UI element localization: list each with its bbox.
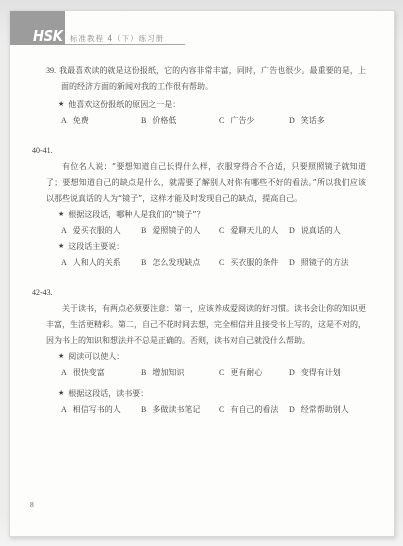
option-b: B价格低 (141, 113, 219, 129)
option-label: 照镜子的方法 (301, 258, 349, 267)
option-letter: B (141, 368, 146, 377)
question-42-43-passage: 关于读书，有两点必须要注意：第一，应该养成爱阅读的好习惯。读书会让你的知识更丰富… (46, 301, 366, 349)
option-letter: A (61, 405, 67, 414)
option-b: B多做读书笔记 (141, 402, 219, 418)
header-divider (48, 44, 185, 45)
question-number: 39. (46, 66, 56, 75)
question-41-prompt: ★这段话主要说： (58, 239, 366, 255)
prompt-text: 根据这段话，读书要： (68, 389, 148, 398)
book-title: 标准教程 4（下）练习册 (70, 33, 164, 44)
question-43-options: A相信写书的人 B多做读书笔记 C有自己的看法 D经常帮助别人 (61, 402, 366, 418)
option-label: 相信写书的人 (73, 405, 121, 414)
star-icon: ★ (58, 210, 64, 218)
option-label: 多做读书笔记 (152, 405, 200, 414)
option-letter: C (219, 116, 224, 125)
hsk-logo: HSK (10, 11, 65, 45)
option-c: C爱聊天儿的人 (219, 223, 289, 239)
option-letter: B (141, 405, 146, 414)
option-label: 买衣服的条件 (230, 258, 278, 267)
question-40-41-passage: 有位名人说：“要想知道自己长得什么样，衣服穿得合不合适，只要照照镜子就知道了；要… (46, 159, 366, 207)
option-letter: B (141, 258, 146, 267)
option-a: A很快变富 (61, 365, 141, 381)
prompt-text: 他喜欢这份报纸的原因之一是： (68, 100, 180, 109)
option-letter: C (219, 405, 224, 414)
prompt-text: 根据这段话，哪种人是我们的“镜子”？ (68, 210, 204, 219)
option-label: 更有耐心 (230, 368, 262, 377)
option-a: A人和人的关系 (61, 255, 141, 271)
star-icon: ★ (58, 389, 64, 397)
option-d: D照镜子的方法 (289, 255, 349, 271)
question-39-options: A免费 B价格低 C广告少 D笑话多 (61, 113, 366, 129)
option-label: 怎么发现缺点 (152, 258, 200, 267)
option-letter: C (219, 368, 224, 377)
option-letter: D (289, 368, 295, 377)
option-d: D笑话多 (289, 113, 325, 129)
star-icon: ★ (58, 100, 64, 108)
option-label: 变得有计划 (301, 368, 341, 377)
option-b: B增加知识 (141, 365, 219, 381)
option-label: 经常帮助别人 (301, 405, 349, 414)
option-d: D说真话的人 (289, 223, 341, 239)
question-40-prompt: ★根据这段话，哪种人是我们的“镜子”？ (58, 207, 366, 223)
option-label: 爱买衣服的人 (73, 226, 121, 235)
option-c: C广告少 (219, 113, 289, 129)
exercise-content: 39.我最喜欢读的就是这份报纸，它的内容非常丰富，同时，广告也很少。最重要的是，… (32, 63, 366, 418)
option-letter: D (289, 226, 295, 235)
star-icon: ★ (58, 352, 64, 360)
option-label: 免费 (73, 116, 89, 125)
option-label: 有自己的看法 (230, 405, 278, 414)
option-a: A相信写书的人 (61, 402, 141, 418)
question-42-43-label: 42-43. (32, 285, 366, 301)
hsk-logo-text: HSK (33, 29, 62, 44)
option-label: 爱照镜子的人 (152, 226, 200, 235)
option-d: D经常帮助别人 (289, 402, 349, 418)
option-letter: D (289, 116, 295, 125)
option-label: 笑话多 (301, 116, 325, 125)
option-label: 增加知识 (152, 368, 184, 377)
prompt-text: 阅读可以使人： (68, 352, 124, 361)
option-letter: B (141, 226, 146, 235)
prompt-text: 这段话主要说： (68, 242, 124, 251)
option-b: B怎么发现缺点 (141, 255, 219, 271)
page-number: 8 (30, 498, 34, 512)
passage-text: 我最喜欢读的就是这份报纸，它的内容非常丰富，同时，广告也很少。最重要的是，上面的… (59, 66, 366, 91)
question-42-options: A很快变富 B增加知识 C更有耐心 D变得有计划 (61, 365, 366, 381)
option-a: A免费 (61, 113, 141, 129)
option-c: C有自己的看法 (219, 402, 289, 418)
option-letter: A (61, 116, 67, 125)
option-c: C更有耐心 (219, 365, 289, 381)
option-letter: B (141, 116, 146, 125)
option-letter: C (219, 258, 224, 267)
question-39-passage: 39.我最喜欢读的就是这份报纸，它的内容非常丰富，同时，广告也很少。最重要的是，… (46, 63, 366, 95)
star-icon: ★ (58, 242, 64, 250)
option-label: 价格低 (152, 116, 176, 125)
option-label: 广告少 (230, 116, 254, 125)
option-label: 很快变富 (73, 368, 105, 377)
option-letter: C (219, 226, 224, 235)
question-43-prompt: ★根据这段话，读书要： (58, 386, 366, 402)
option-letter: A (61, 368, 67, 377)
option-c: C买衣服的条件 (219, 255, 289, 271)
scanned-page-background: HSK 标准教程 4（下）练习册 39.我最喜欢读的就是这份报纸，它的内容非常丰… (0, 0, 403, 546)
option-letter: D (289, 405, 295, 414)
question-40-options: A爱买衣服的人 B爱照镜子的人 C爱聊天儿的人 D说真话的人 (61, 223, 366, 239)
question-39-prompt: ★他喜欢这份报纸的原因之一是： (58, 97, 366, 113)
option-label: 说真话的人 (301, 226, 341, 235)
option-label: 人和人的关系 (73, 258, 121, 267)
option-d: D变得有计划 (289, 365, 341, 381)
workbook-page: HSK 标准教程 4（下）练习册 39.我最喜欢读的就是这份报纸，它的内容非常丰… (9, 10, 395, 537)
option-label: 爱聊天儿的人 (230, 226, 278, 235)
question-40-41-label: 40-41. (32, 143, 366, 159)
option-letter: D (289, 258, 295, 267)
option-b: B爱照镜子的人 (141, 223, 219, 239)
question-41-options: A人和人的关系 B怎么发现缺点 C买衣服的条件 D照镜子的方法 (61, 255, 366, 271)
question-42-prompt: ★阅读可以使人： (58, 349, 366, 365)
option-a: A爱买衣服的人 (61, 223, 141, 239)
option-letter: A (61, 258, 67, 267)
option-letter: A (61, 226, 67, 235)
